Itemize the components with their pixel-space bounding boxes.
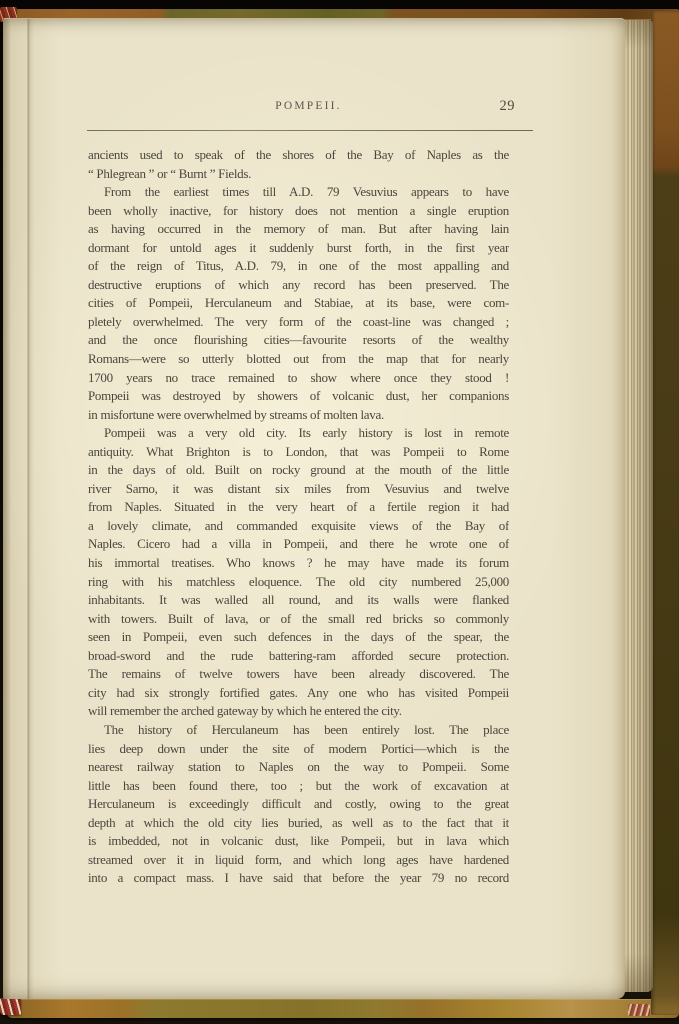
text-line: From the earliest times till A.D. 79 Ves…: [88, 183, 509, 202]
text-line: destructive eruptions of which any recor…: [88, 276, 509, 295]
text-line: ring with his matchless eloquence. The o…: [88, 573, 509, 592]
text-line: lies deep down under the site of modern …: [88, 740, 509, 759]
text-line: antiquity. What Brighton is to London, t…: [88, 443, 509, 462]
text-line: and the once flourishing cities—favourit…: [88, 331, 509, 350]
headband-bottom-left: [0, 998, 21, 1015]
fore-edge-page-stack: [623, 20, 653, 992]
text-block: ancients used to speak of the shores of …: [88, 146, 509, 888]
text-line: broad-sword and the rude battering-ram a…: [88, 647, 509, 666]
text-line: The history of Herculaneum has been enti…: [88, 721, 509, 740]
text-line: in misfortune were overwhelmed by stream…: [88, 406, 509, 425]
header-rule: [87, 130, 533, 131]
book-photo-scene: POMPEII. 29 ancients used to speak of th…: [0, 0, 679, 1024]
text-line: inhabitants. It was walled all round, an…: [88, 591, 509, 610]
text-line: little has been found there, too ; but t…: [88, 777, 509, 796]
text-line: 1700 years no trace remained to show whe…: [88, 369, 509, 388]
page-number: 29: [500, 97, 516, 115]
text-line: river Sarno, it was distant six miles fr…: [88, 480, 509, 499]
text-line: Romans—were so utterly blotted out from …: [88, 350, 509, 369]
book-cover-right-edge: [651, 11, 679, 1015]
running-header-title: POMPEII.: [87, 97, 530, 115]
text-line: been wholly inactive, for history does n…: [88, 202, 509, 221]
text-line: seen in Pompeii, even such defences in t…: [88, 628, 509, 647]
text-line: The remains of twelve towers have been a…: [88, 665, 509, 684]
page-gutter-shadow: [3, 19, 63, 999]
text-line: Naples. Cicero had a villa in Pompeii, a…: [88, 535, 509, 554]
text-line: of the reign of Titus, A.D. 79, in one o…: [88, 257, 509, 276]
text-line: Pompeii was destroyed by showers of volc…: [88, 387, 509, 406]
text-line: with towers. Built of lava, or of the sm…: [88, 610, 509, 629]
text-line: as having occurred in the memory of man.…: [88, 220, 509, 239]
text-line: ancients used to speak of the shores of …: [88, 146, 509, 165]
text-line: dormant for untold ages it suddenly burs…: [88, 239, 509, 258]
book-page: POMPEII. 29 ancients used to speak of th…: [3, 18, 625, 999]
running-header: POMPEII. 29: [87, 97, 530, 117]
text-line: is imbedded, not in volcanic dust, like …: [88, 832, 509, 851]
text-line: a lovely climate, and commanded exquisit…: [88, 517, 509, 536]
headband-bottom-right: [628, 1004, 650, 1016]
text-line: streamed over it in liquid form, and whi…: [88, 851, 509, 870]
text-line: Pompeii was a very old city. Its early h…: [88, 424, 509, 443]
text-line: nearest railway station to Naples on the…: [88, 758, 509, 777]
text-line: pletely overwhelmed. The very form of th…: [88, 313, 509, 332]
text-line: from Naples. Situated in the very heart …: [88, 498, 509, 517]
book-cover-bottom-edge: [7, 999, 679, 1018]
text-line: Herculaneum is exceedingly difficult and…: [88, 795, 509, 814]
text-line: cities of Pompeii, Herculaneum and Stabi…: [88, 294, 509, 313]
text-line: depth at which the old city lies buried,…: [88, 814, 509, 833]
text-line: into a compact mass. I have said that be…: [88, 869, 509, 888]
text-line: in the days of old. Built on rocky groun…: [88, 461, 509, 480]
text-line: will remember the arched gateway by whic…: [88, 702, 509, 721]
text-line: “ Phlegrean ” or “ Burnt ” Fields.: [88, 165, 509, 184]
text-line: city had six strongly fortified gates. A…: [88, 684, 509, 703]
text-line: his immortal treatises. Who knows ? he m…: [88, 554, 509, 573]
